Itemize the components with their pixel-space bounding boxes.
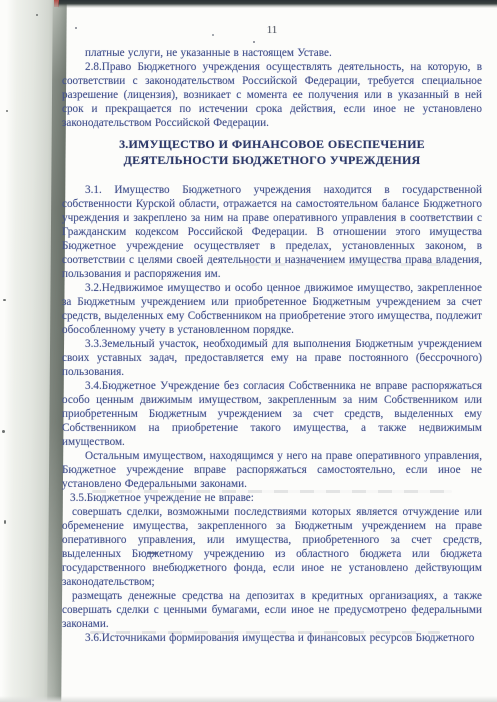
- dust-speck: [36, 14, 38, 16]
- scan-bottom-edge-strip: [0, 696, 497, 702]
- paragraph-3-5: 3.5.Бюджетное учреждение не вправе:: [62, 491, 482, 505]
- dust-speck: [4, 520, 6, 524]
- paragraph-carryover-line: платные услуги, не указанные в настоящем…: [62, 46, 482, 60]
- page-number: 11: [62, 24, 482, 36]
- dust-speck: [6, 110, 8, 112]
- paragraph-2-8: 2.8.Право Бюджетного учреждения осуществ…: [62, 60, 482, 130]
- document-body: платные услуги, не указанные в настоящем…: [62, 46, 482, 645]
- dust-speck: [253, 41, 255, 43]
- paragraph-3-5-item-1: совершать сделки, возможными последствия…: [62, 505, 482, 589]
- section-3-heading: 3.ИМУЩЕСТВО И ФИНАНСОВОЕ ОБЕСПЕЧЕНИЕ ДЕЯ…: [70, 137, 474, 168]
- dust-speck: [3, 299, 6, 301]
- paragraph-3-1: 3.1. Имущество Бюджетного учреждения нах…: [62, 183, 482, 281]
- paragraph-3-6: 3.6.Источниками формирования имущества и…: [62, 631, 482, 645]
- paragraph-3-4-continued: Остальным имуществом, находящимся у него…: [62, 449, 482, 491]
- paragraph-3-4: 3.4.Бюджетное Учреждение без согласия Со…: [62, 379, 482, 449]
- scanned-document-page: 11 платные услуги, не указанные в настоя…: [0, 0, 497, 702]
- dust-speck: [2, 430, 5, 433]
- paragraph-3-5-item-2: размещать денежные средства на депозитах…: [62, 589, 482, 631]
- paragraph-3-3: 3.3.Земельный участок, необходимый для в…: [62, 337, 482, 379]
- paragraph-3-2: 3.2.Недвижимое имущество и особо ценное …: [62, 281, 482, 337]
- red-ink-mark: [54, 0, 59, 7]
- scan-top-edge-strip: [58, 0, 497, 8]
